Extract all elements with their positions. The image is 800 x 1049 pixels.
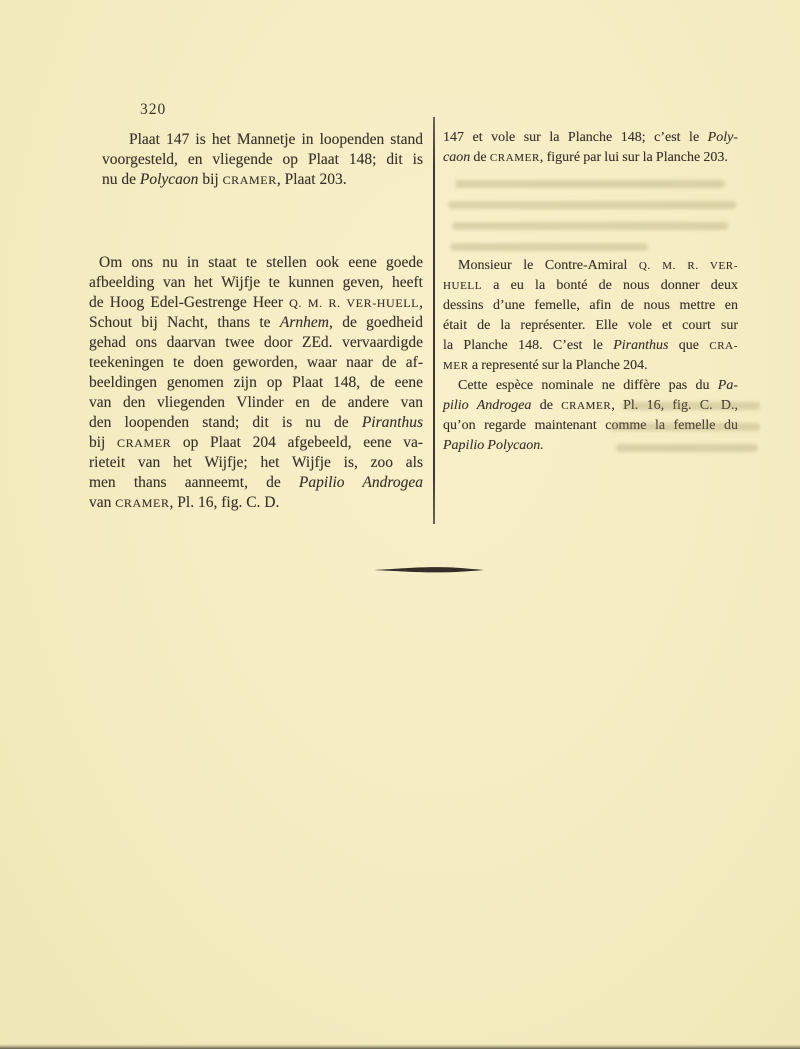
text: , de goedheid (329, 314, 423, 331)
text: Plaat 147 is het Mannetje in loopenden s… (129, 131, 423, 148)
italic-text: Piranthus (613, 338, 668, 353)
text: beeldingen genomen zijn op Plaat 148, de… (89, 374, 423, 391)
italic-text: pilio Androgea (443, 398, 531, 413)
text: op Plaat 204 afgebeeld, eene va- (171, 434, 423, 451)
text-line: HUELL a eu la bonté de nous donner deux (443, 276, 738, 296)
show-through-smudge (455, 180, 725, 188)
text-line: voorgesteld, en vliegende op Plaat 148; … (102, 150, 423, 170)
text-line: dessins d’une femelle, afin de nous mett… (443, 296, 738, 316)
small-caps-text: Q. M. R. VER-HUELL (289, 296, 419, 310)
italic-text: Polycaon (140, 171, 199, 188)
text: Schout bij Nacht, thans te (89, 314, 280, 331)
text: bij (198, 171, 222, 188)
text-line: Cette espèce nominale ne diffère pas du … (443, 376, 738, 396)
text-line: beeldingen genomen zijn op Plaat 148, de… (89, 373, 423, 393)
text: de (470, 150, 490, 165)
small-caps-text: CRA- (709, 340, 738, 352)
text: van den vliegenden Vlinder en de andere … (89, 394, 423, 411)
text: den loopenden stand; dit is nu de (89, 414, 362, 431)
text: Cette espèce nominale ne diffère pas du (458, 378, 718, 393)
text-line: afbeelding van het Wijfje te kunnen geve… (89, 273, 423, 293)
text: était de la représenter. Elle vole et co… (443, 318, 738, 333)
text: Monsieur le Contre-Amiral (458, 258, 639, 273)
column-divider-rule (433, 117, 435, 524)
text: la Planche 148. C’est le (443, 338, 613, 353)
italic-text: Papilio Androgea (299, 474, 423, 491)
text: a eu la bonté de nous donner deux (482, 278, 738, 293)
page-bottom-edge-shadow (0, 1044, 800, 1049)
page-number: 320 (140, 100, 166, 120)
small-caps-text: CRAMER (117, 436, 171, 450)
text-line: bij CRAMER op Plaat 204 afgebeeld, eene … (89, 433, 423, 453)
text: afbeelding van het Wijfje te kunnen geve… (89, 274, 423, 291)
text-line: Om ons nu in staat te stellen ook eene g… (89, 253, 423, 273)
show-through-smudge (452, 222, 728, 230)
text: dessins d’une femelle, afin de nous mett… (443, 298, 738, 313)
paragraph: 147 et vole sur la Planche 148; c’est le… (443, 128, 738, 168)
text-line: van CRAMER, Pl. 16, fig. C. D. (89, 493, 423, 513)
small-caps-text: MER (443, 360, 469, 372)
paragraph: Monsieur le Contre-Amiral Q. M. R. VER-H… (443, 256, 738, 376)
text: de (531, 398, 561, 413)
text: gehad ons daarvan twee door ZEd. vervaar… (89, 334, 423, 351)
text: de Hoog Edel-Gestrenge Heer (89, 294, 289, 311)
text: voorgesteld, en vliegende op Plaat 148; … (102, 151, 423, 168)
small-caps-text: CRAMER (561, 400, 611, 412)
text-line: Plaat 147 is het Mannetje in loopenden s… (102, 130, 423, 150)
text: bij (89, 434, 117, 451)
text: teekeningen te doen geworden, waar naar … (89, 354, 423, 371)
italic-text: Piranthus (362, 414, 423, 431)
text-line: van den vliegenden Vlinder en de andere … (89, 393, 423, 413)
text: van (89, 494, 115, 511)
text-line: rieteit van het Wijfje; het Wijfje is, z… (89, 453, 423, 473)
left-column-dutch-text: Plaat 147 is het Mannetje in loopenden s… (89, 130, 423, 513)
text: a representé sur la Planche 204. (469, 358, 648, 373)
paragraph: Om ons nu in staat te stellen ook eene g… (89, 253, 423, 513)
tapered-end-ornament-rule (374, 562, 484, 572)
scanned-book-page: 320 Plaat 147 is het Mannetje in loopend… (0, 0, 800, 1049)
italic-text: caon (443, 150, 470, 165)
text-line: gehad ons daarvan twee door ZEd. vervaar… (89, 333, 423, 353)
text-line: MER a representé sur la Planche 204. (443, 356, 738, 376)
text-line: était de la représenter. Elle vole et co… (443, 316, 738, 336)
italic-text: Pa- (718, 378, 738, 393)
small-caps-text: CRAMER (223, 173, 277, 187)
text: , Pl. 16, fig. C. D. (170, 494, 280, 511)
text-line: men thans aanneemt, de Papilio Androgea (89, 473, 423, 493)
text: , (419, 294, 423, 311)
italic-text: Papilio Polycaon. (443, 438, 544, 453)
show-through-smudge (450, 243, 648, 251)
italic-text: Arnhem (280, 314, 329, 331)
text-line: Schout bij Nacht, thans te Arnhem, de go… (89, 313, 423, 333)
text: que (668, 338, 709, 353)
small-caps-text: CRAMER (115, 496, 169, 510)
text-line: Monsieur le Contre-Amiral Q. M. R. VER- (443, 256, 738, 276)
show-through-smudge (622, 402, 760, 410)
text: Om ons nu in staat te stellen ook eene g… (99, 254, 423, 271)
text-line: nu de Polycaon bij CRAMER, Plaat 203. (102, 170, 423, 190)
text: rieteit van het Wijfje; het Wijfje is, z… (89, 454, 423, 471)
small-caps-text: CRAMER (490, 152, 540, 164)
show-through-smudge (616, 444, 758, 452)
show-through-smudge (448, 201, 736, 209)
paragraph: Plaat 147 is het Mannetje in loopenden s… (102, 130, 423, 190)
text-line: teekeningen te doen geworden, waar naar … (89, 353, 423, 373)
text-line: de Hoog Edel-Gestrenge Heer Q. M. R. VER… (89, 293, 423, 313)
text: , figuré par lui sur la Planche 203. (540, 150, 728, 165)
text: nu de (102, 171, 140, 188)
text-line: 147 et vole sur la Planche 148; c’est le… (443, 128, 738, 148)
small-caps-text: HUELL (443, 280, 482, 292)
text-line: la Planche 148. C’est le Piranthus que C… (443, 336, 738, 356)
text-line: den loopenden stand; dit is nu de Pirant… (89, 413, 423, 433)
text: , Plaat 203. (277, 171, 347, 188)
show-through-smudge (610, 423, 760, 431)
text: 147 et vole sur la Planche 148; c’est le (443, 130, 708, 145)
text: men thans aanneemt, de (89, 474, 299, 491)
text-line: caon de CRAMER, figuré par lui sur la Pl… (443, 148, 738, 168)
italic-text: Poly- (708, 130, 738, 145)
small-caps-text: Q. M. R. VER- (639, 260, 738, 272)
